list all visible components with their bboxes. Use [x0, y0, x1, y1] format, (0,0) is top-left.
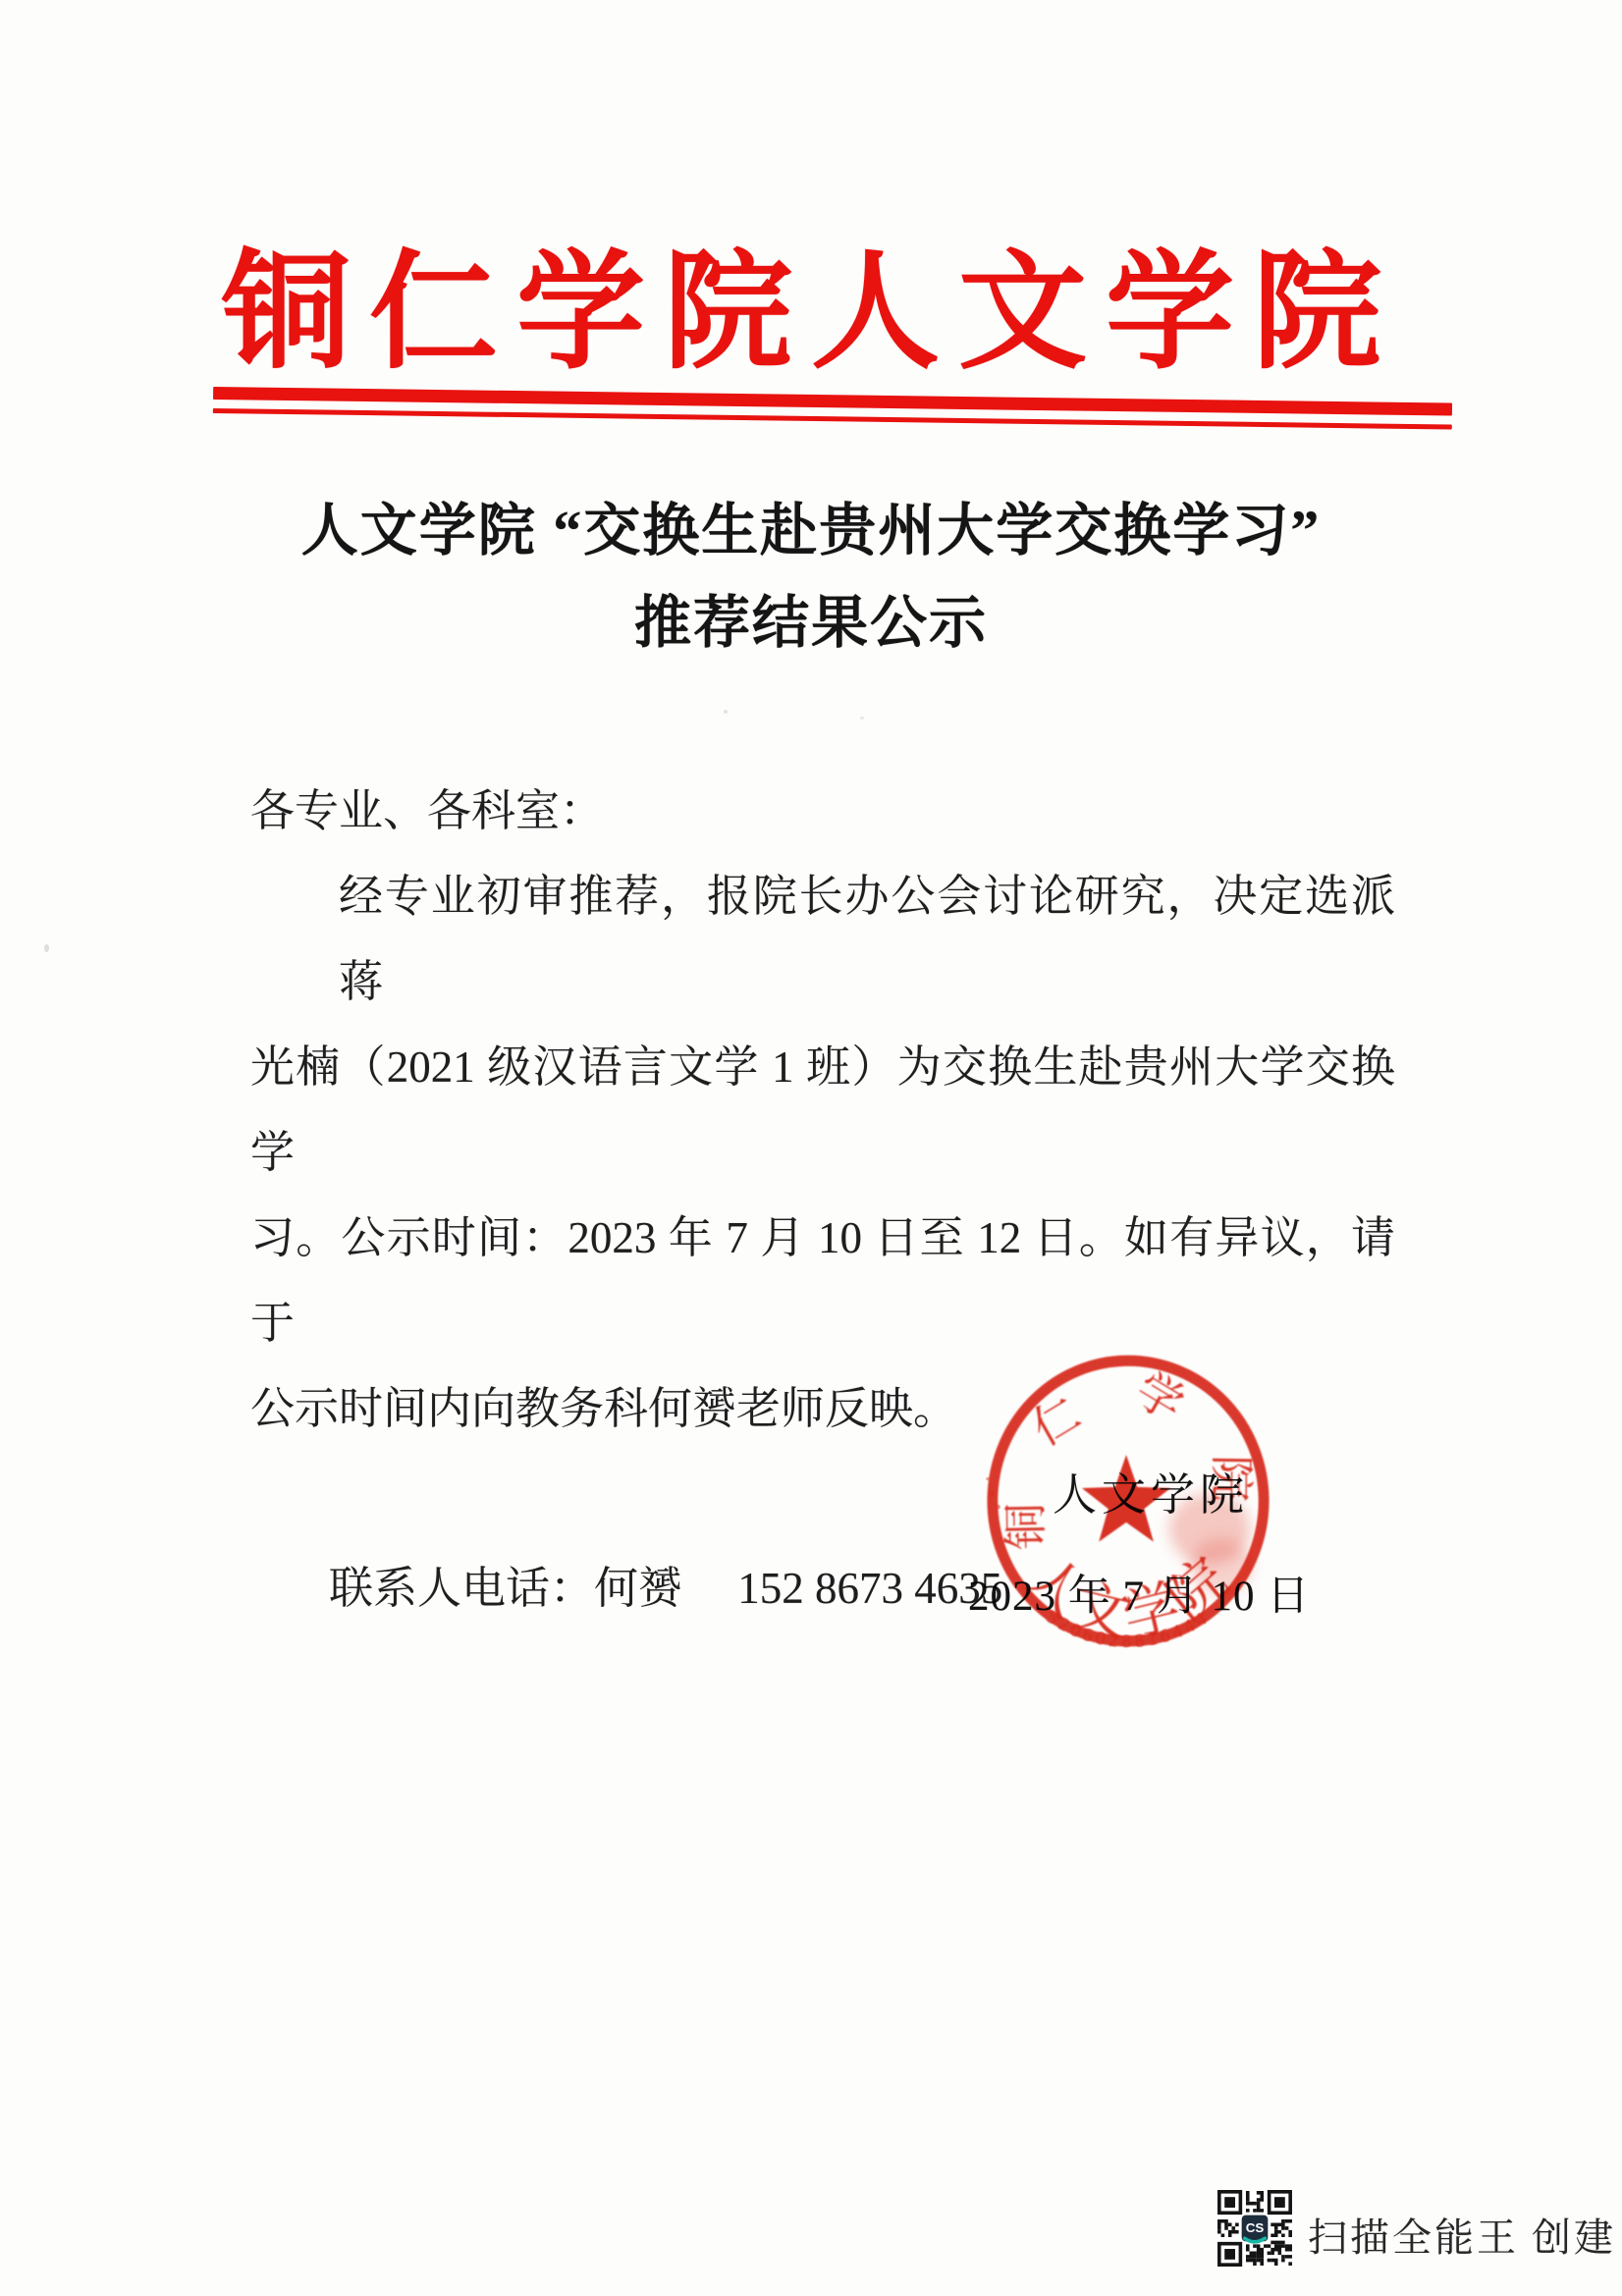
camscanner-logo-badge: CS — [1242, 2216, 1269, 2242]
signature-org-name: 人文学院 — [1053, 1459, 1249, 1522]
paragraph-line: 习。公示时间：2023 年 7 月 10 日至 12 日。如有异议，请于 — [250, 1196, 1395, 1366]
letterhead-org-name: 铜仁学院人文学院 — [0, 243, 1622, 385]
camscanner-qr-code: CS — [1217, 2190, 1292, 2267]
title-line-1: 人文学院 “交换生赴贵州大学交换学习” — [0, 485, 1622, 577]
title-line-2: 推荐结果公示 — [0, 577, 1622, 669]
scan-speck — [860, 717, 864, 720]
scan-speck — [724, 710, 728, 714]
signature-date: 2023 年 7 月 10 日 — [968, 1563, 1310, 1623]
document-title: 人文学院 “交换生赴贵州大学交换学习” 推荐结果公示 — [0, 485, 1622, 669]
svg-text:CS: CS — [1246, 2220, 1265, 2235]
paragraph-line: 经专业初审推荐，报院长办公会讨论研究，决定选派蒋 — [250, 854, 1395, 1025]
camscanner-note: 扫描全能王 创建 — [1308, 2207, 1616, 2263]
scanned-announcement-page: 铜仁学院人文学院 人文学院 “交换生赴贵州大学交换学习” 推荐结果公示 各专业、… — [0, 0, 1622, 2296]
salutation-line: 各专业、各科室： — [250, 769, 1395, 854]
paragraph-line: 光楠（2021 级汉语言文学 1 班）为交换生赴贵州大学交换学 — [250, 1025, 1395, 1196]
scan-speck — [44, 944, 49, 952]
letterhead-double-rule — [213, 387, 1452, 430]
